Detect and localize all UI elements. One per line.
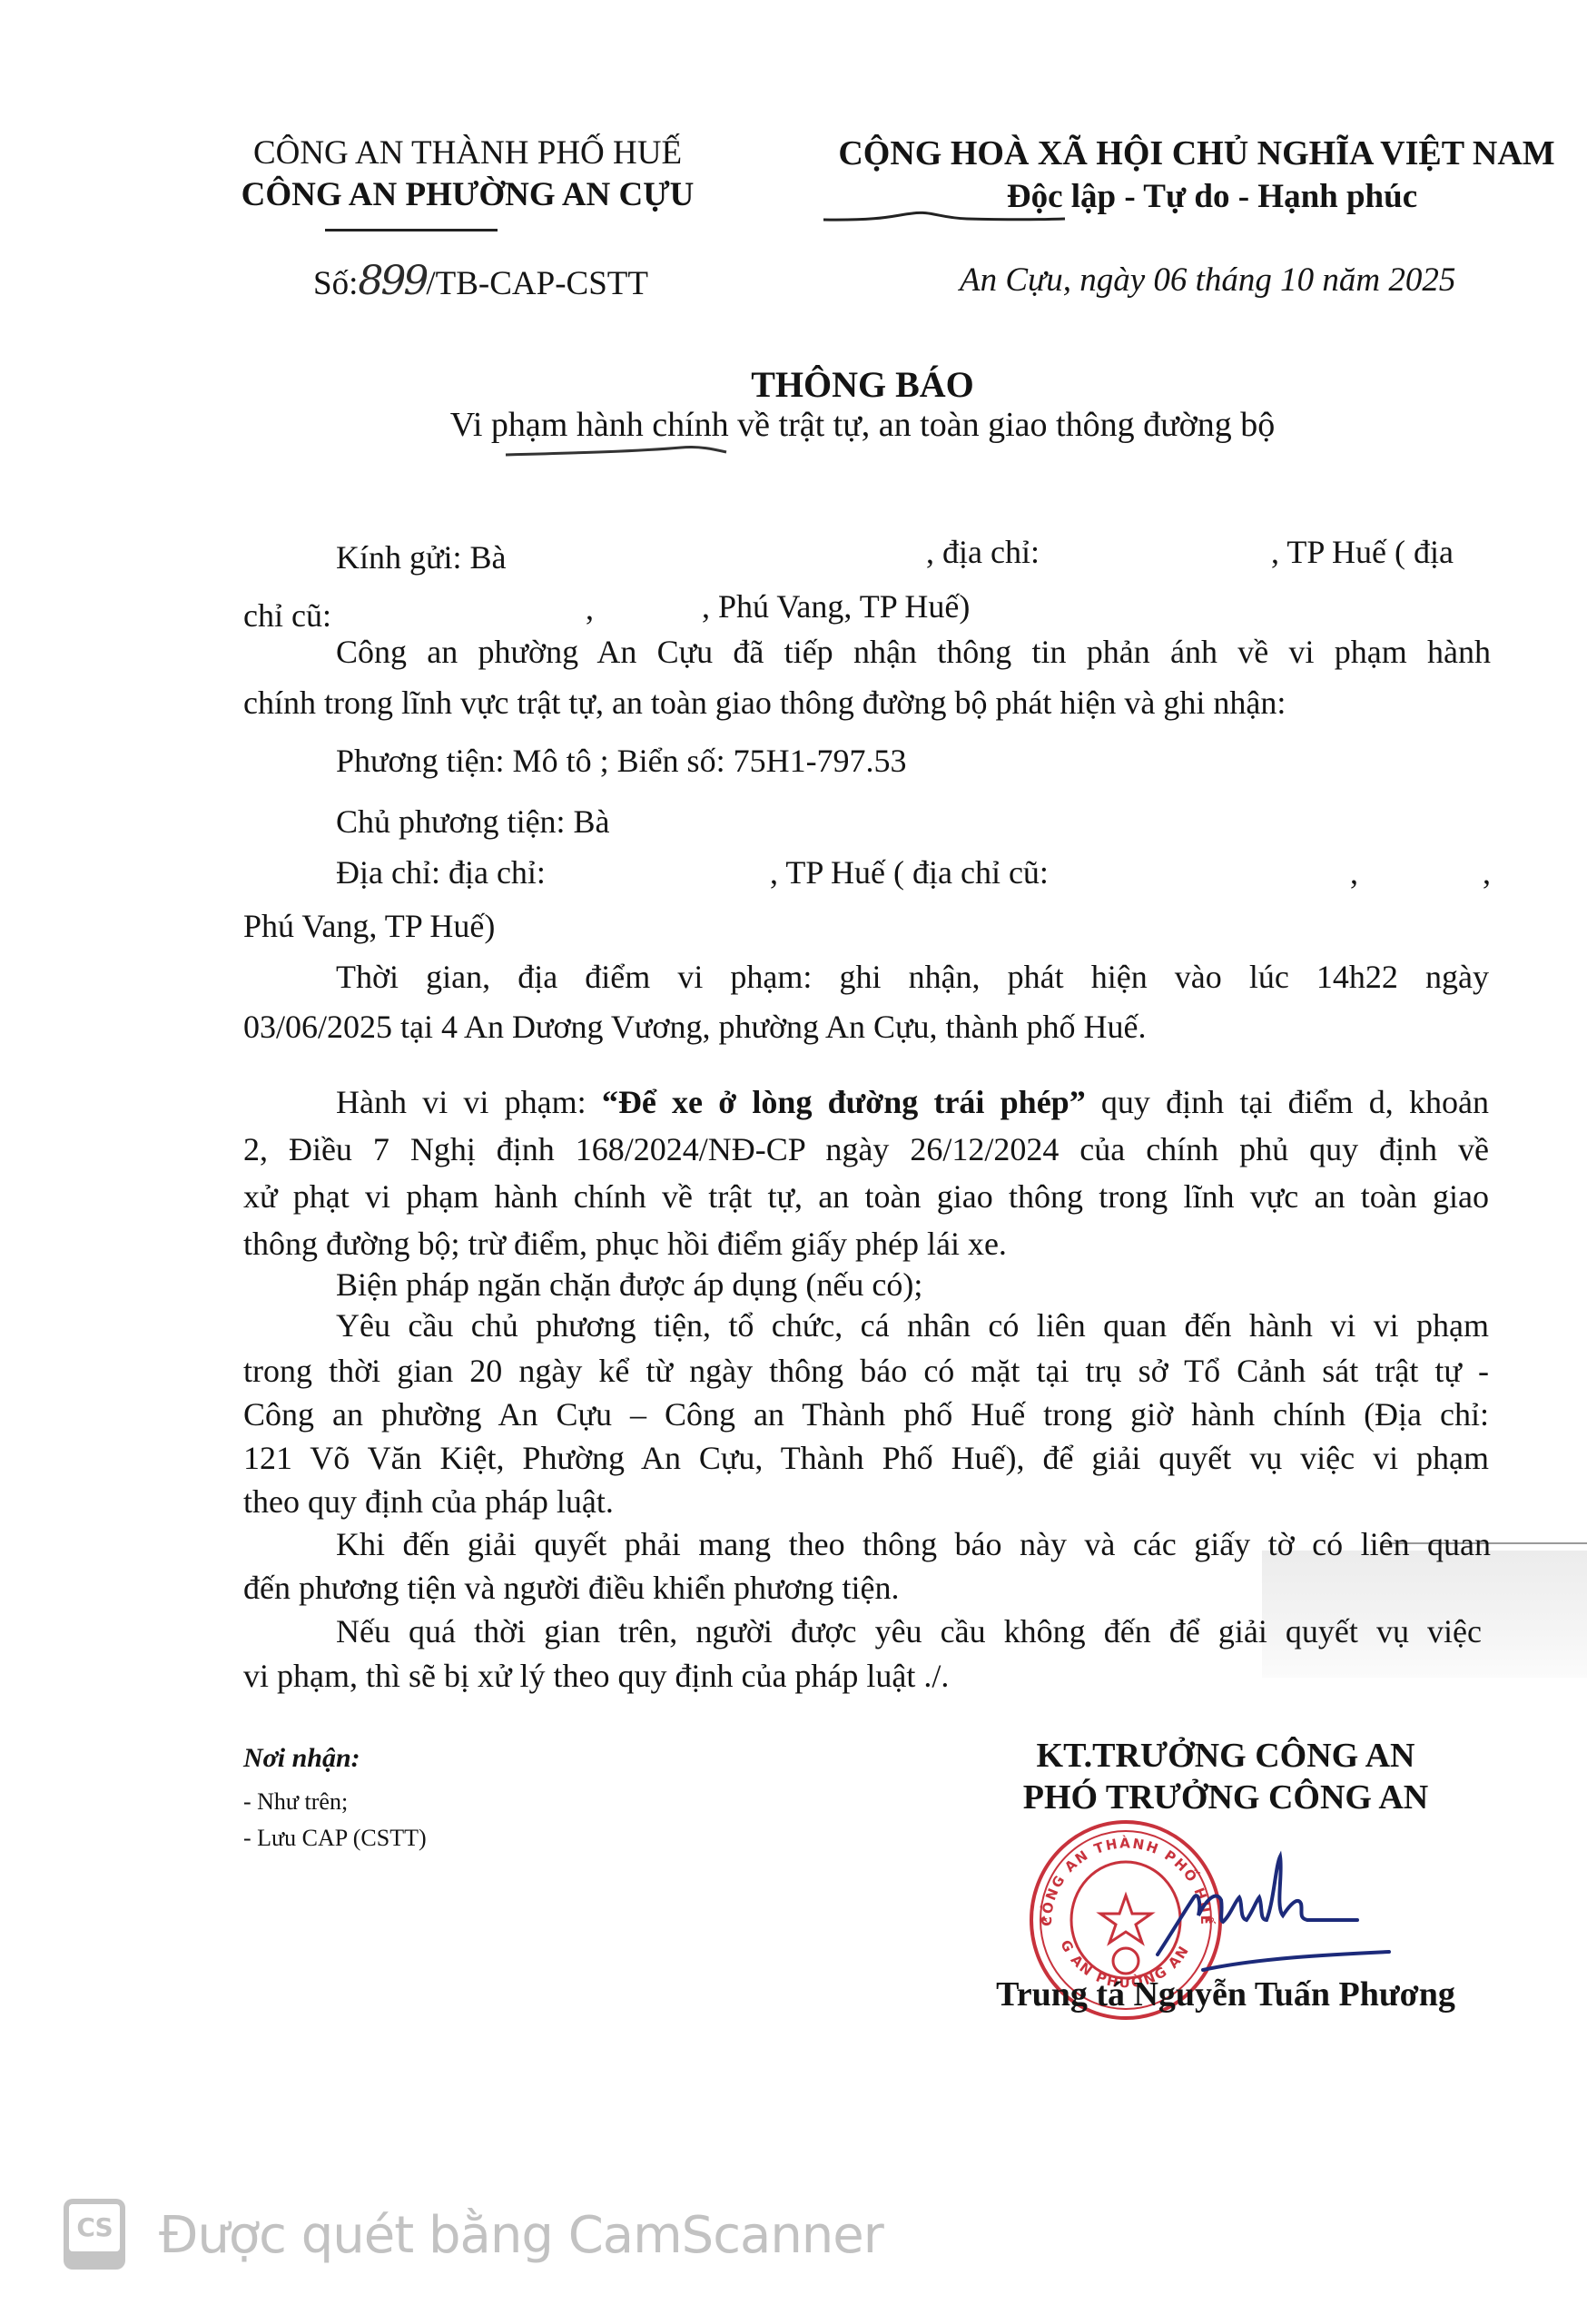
camscanner-logo-icon: CS bbox=[64, 2199, 125, 2270]
request-line-5: theo quy định của pháp luật. bbox=[243, 1485, 614, 1518]
subtitle-underline bbox=[504, 445, 731, 458]
bring-docs-line-1: Khi đến giải quyết phải mang theo thông … bbox=[336, 1528, 1491, 1561]
request-line-1: Yêu cầu chủ phương tiện, tổ chức, cá nhâ… bbox=[336, 1309, 1489, 1342]
agency-name: CÔNG AN PHƯỜNG AN CỰU bbox=[241, 178, 695, 212]
violation-line-3: xử phạt vi phạm hành chính về trật tự, a… bbox=[243, 1180, 1489, 1213]
intro-line-2: chính trong lĩnh vực trật tự, an toàn gi… bbox=[243, 686, 1286, 719]
time-place-line-2: 03/06/2025 tại 4 An Dương Vương, phường … bbox=[243, 1010, 1146, 1043]
warning-line-2: vi phạm, thì sẽ bị xử lý theo quy định c… bbox=[243, 1659, 949, 1692]
owner-address-comma-1: , bbox=[1350, 856, 1358, 889]
recipients-label: Nơi nhận: bbox=[243, 1743, 360, 1774]
signature-title-2: PHÓ TRƯỞNG CÔNG AN bbox=[1023, 1777, 1429, 1817]
recipient-item-1: - Như trên; bbox=[243, 1788, 348, 1816]
number-suffix: /TB-CAP-CSTT bbox=[426, 265, 648, 302]
recipient-old-address-label: chỉ cũ: bbox=[243, 599, 331, 632]
agency-underline bbox=[325, 229, 498, 231]
number-handwritten: 899 bbox=[358, 258, 426, 304]
document-number: Số:899/TB-CAP-CSTT bbox=[313, 261, 648, 301]
recipient-comma: , bbox=[586, 592, 594, 625]
recipient-address-label: , địa chỉ: bbox=[926, 536, 1040, 568]
recipient-old-address: , Phú Vang, TP Huế) bbox=[702, 590, 970, 623]
nation-title: CỘNG HOÀ XÃ HỘI CHỦ NGHĨA VIỆT NAM bbox=[838, 136, 1554, 171]
violation-suffix: quy định tại điểm d, khoản bbox=[1086, 1084, 1489, 1120]
document-subtitle: Vi phạm hành chính về trật tự, an toàn g… bbox=[450, 405, 1276, 445]
number-prefix: Số: bbox=[313, 265, 358, 302]
violation-line-1: Hành vi vi phạm: “Để xe ở lòng đường trá… bbox=[336, 1086, 1489, 1118]
bring-docs-line-2: đến phương tiện và người điều khiển phươ… bbox=[243, 1571, 900, 1604]
owner-address-city: , TP Huế ( địa chỉ cũ: bbox=[770, 856, 1049, 889]
place-date: An Cựu, ngày 06 tháng 10 năm 2025 bbox=[960, 263, 1455, 297]
violation-line-4: thông đường bộ; trừ điểm, phục hồi điểm … bbox=[243, 1227, 1007, 1260]
violation-line-2: 2, Điều 7 Nghị định 168/2024/NĐ-CP ngày … bbox=[243, 1133, 1489, 1166]
signer-name: Trung tá Nguyễn Tuấn Phương bbox=[996, 1974, 1455, 2014]
recipient-item-2: - Lưu CAP (CSTT) bbox=[243, 1825, 427, 1852]
agency-parent: CÔNG AN THÀNH PHỐ HUẾ bbox=[253, 136, 682, 170]
intro-line-1: Công an phường An Cựu đã tiếp nhận thông… bbox=[336, 635, 1491, 668]
recipient-label: Kính gửi: Bà bbox=[336, 541, 507, 574]
document-title: THÔNG BÁO bbox=[751, 363, 974, 406]
camscanner-watermark: Được quét bằng CamScanner bbox=[159, 2206, 883, 2265]
vehicle-info: Phương tiện: Mô tô ; Biển số: 75H1-797.5… bbox=[336, 744, 907, 777]
motto-underline bbox=[822, 211, 1067, 223]
owner-address-comma-2: , bbox=[1483, 856, 1491, 889]
violation-name: “Để xe ở lòng đường trái phép” bbox=[602, 1084, 1086, 1120]
time-place-line-1: Thời gian, địa điểm vi phạm: ghi nhận, p… bbox=[336, 960, 1489, 993]
violation-prefix: Hành vi vi phạm: bbox=[336, 1084, 602, 1120]
request-line-4: 121 Võ Văn Kiệt, Phường An Cựu, Thành Ph… bbox=[243, 1442, 1489, 1474]
camscanner-logo-text: CS bbox=[69, 2204, 120, 2251]
recipient-city: , TP Huế ( địa bbox=[1271, 536, 1454, 568]
preventive-measures: Biện pháp ngăn chặn được áp dụng (nếu có… bbox=[336, 1268, 922, 1301]
signature-scribble bbox=[1148, 1847, 1403, 1974]
owner-address-continuation: Phú Vang, TP Huế) bbox=[243, 910, 495, 942]
national-motto: Độc lập - Tự do - Hạnh phúc bbox=[1007, 180, 1417, 213]
owner-address-label: Địa chỉ: địa chỉ: bbox=[336, 856, 546, 889]
request-line-3: Công an phường An Cựu – Công an Thành ph… bbox=[243, 1398, 1489, 1431]
request-line-2: trong thời gian 20 ngày kể từ ngày thông… bbox=[243, 1354, 1489, 1387]
signature-title-1: KT.TRƯỞNG CÔNG AN bbox=[1037, 1736, 1415, 1776]
warning-line-1: Nếu quá thời gian trên, người được yêu c… bbox=[336, 1615, 1482, 1648]
vehicle-owner: Chủ phương tiện: Bà bbox=[336, 805, 610, 838]
